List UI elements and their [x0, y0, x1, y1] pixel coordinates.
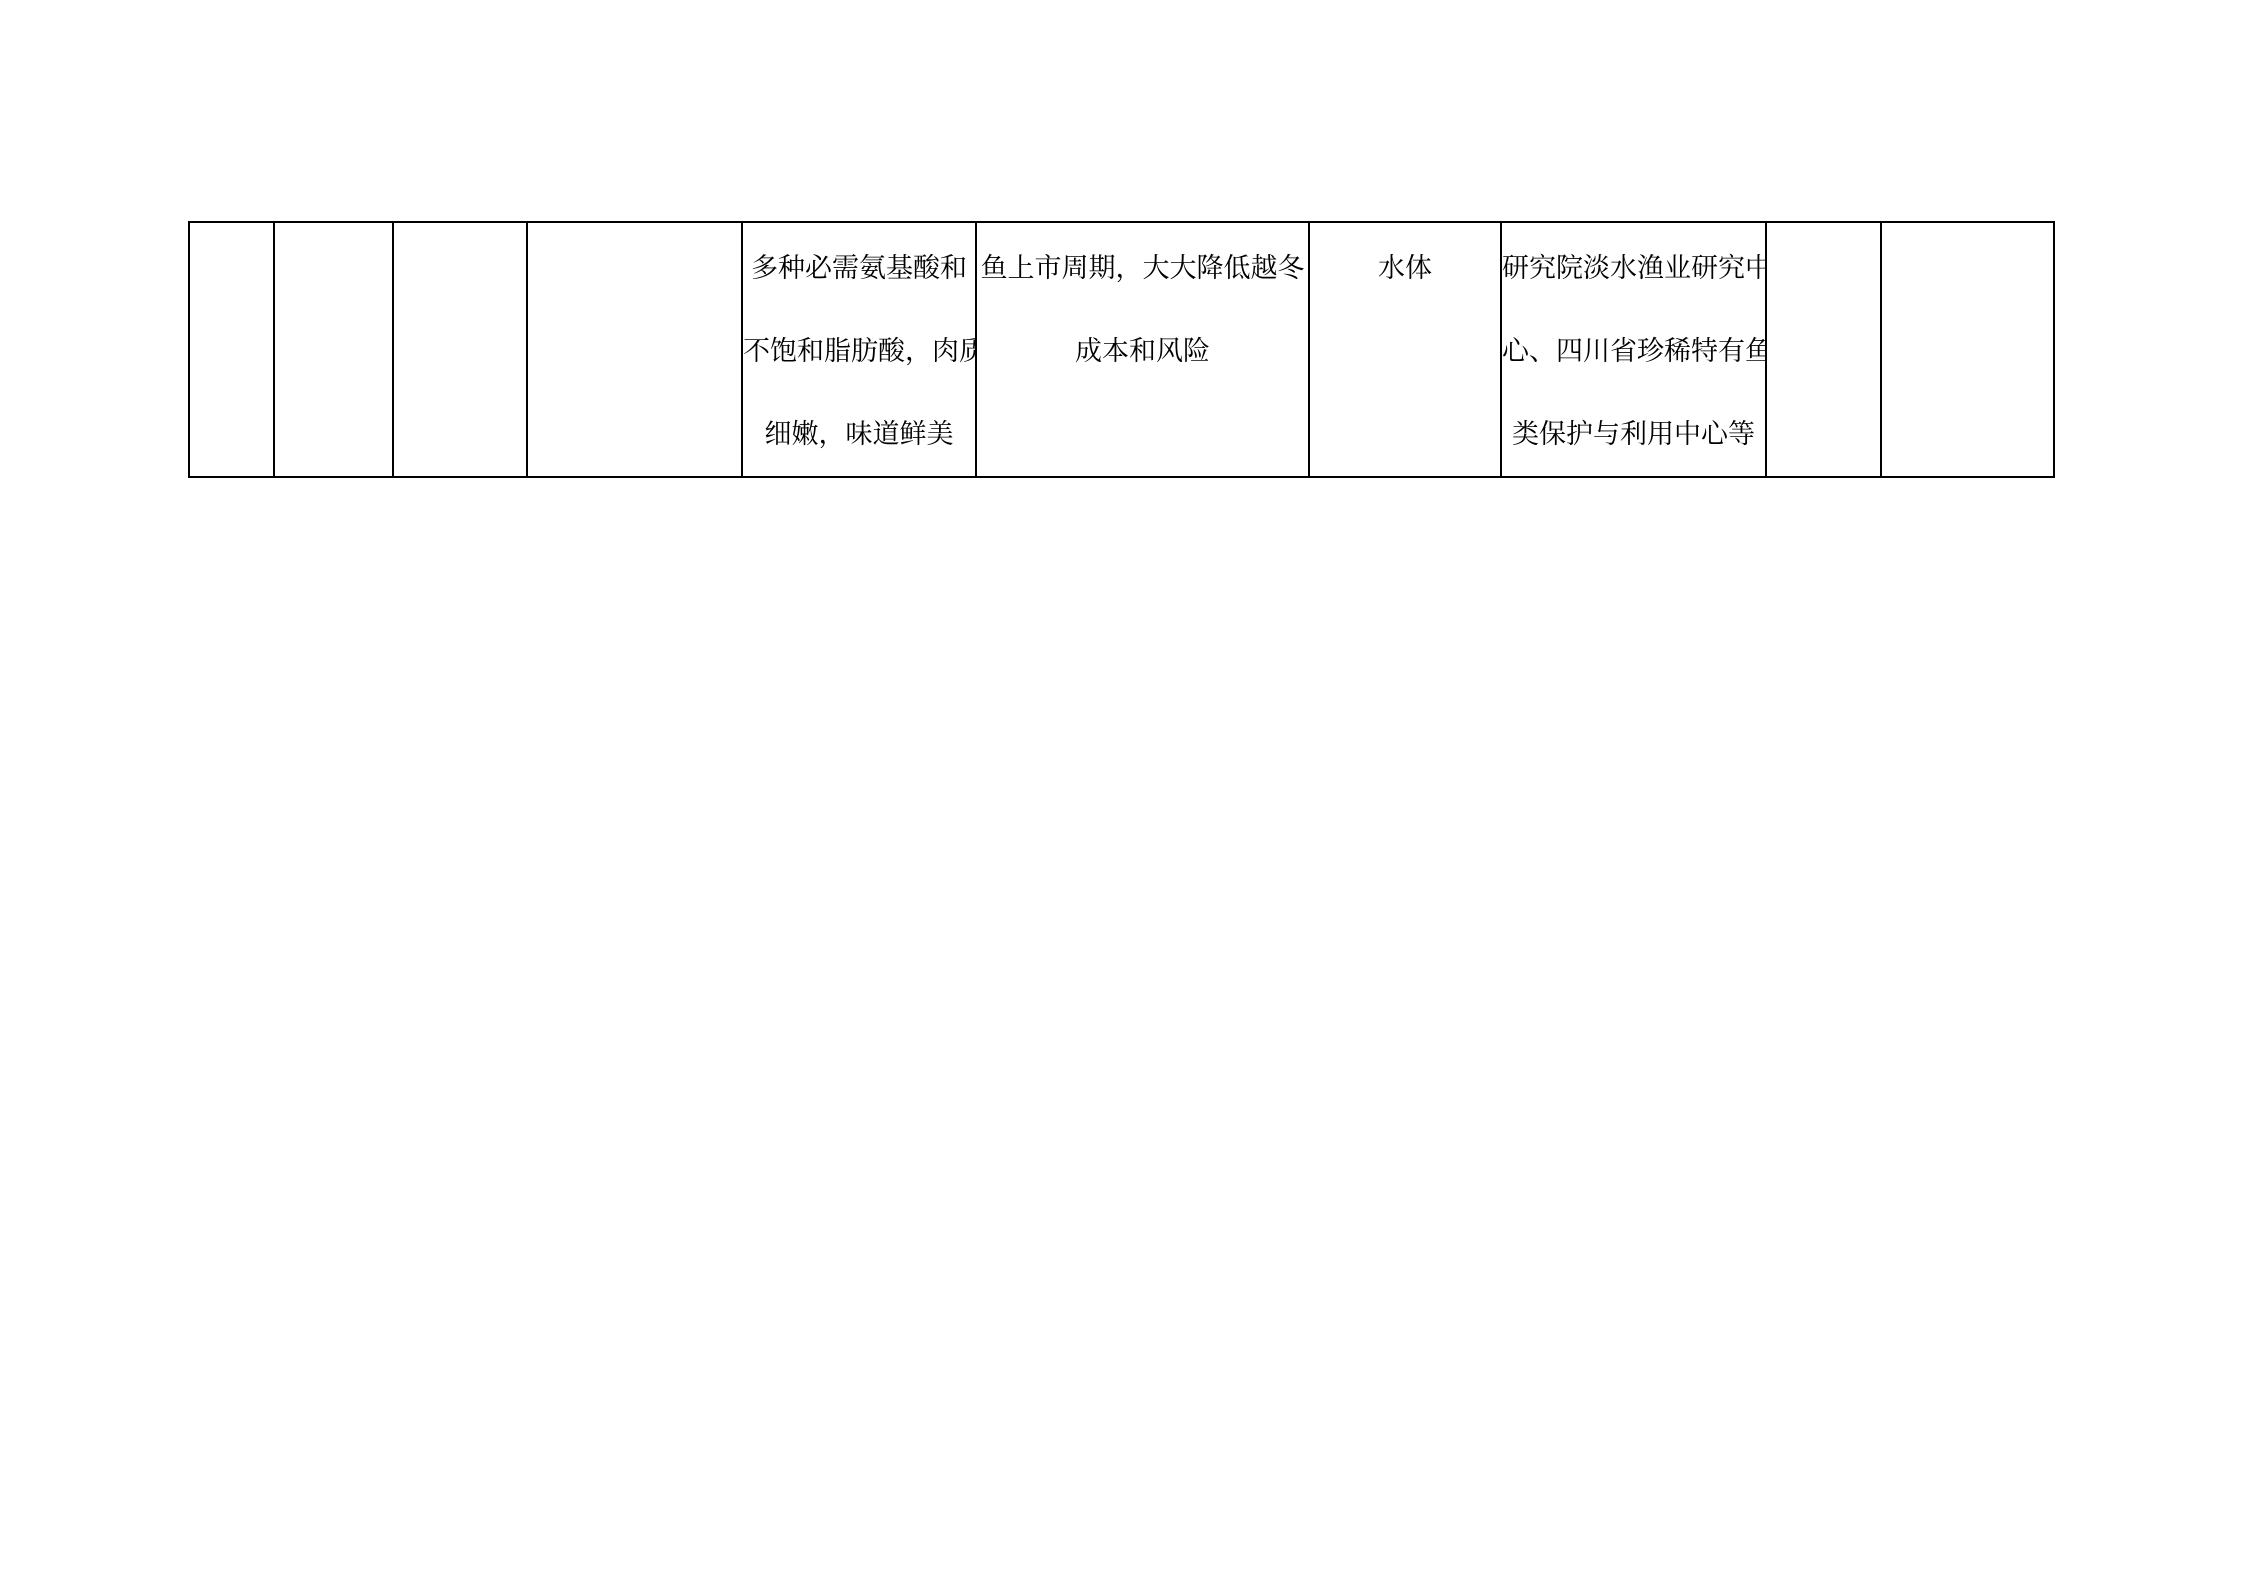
table-cell-benefit: 鱼上市周期，大大降低越冬 成本和风险: [976, 222, 1309, 477]
table-cell-empty-9: [1766, 222, 1881, 477]
table-cell-empty-3: [393, 222, 527, 477]
cell-line: 多种必需氨基酸和: [743, 227, 975, 310]
cell-line: 不饱和脂肪酸，肉质: [743, 310, 975, 393]
cell-line: 类保护与利用中心等: [1502, 393, 1765, 476]
cell-line: 成本和风险: [977, 310, 1308, 393]
table-cell-nutrition: 多种必需氨基酸和 不饱和脂肪酸，肉质 细嫩，味道鲜美: [742, 222, 976, 477]
continuation-table: 多种必需氨基酸和 不饱和脂肪酸，肉质 细嫩，味道鲜美 鱼上市周期，大大降低越冬 …: [188, 221, 2055, 478]
cell-line: 水体: [1310, 227, 1500, 310]
table-cell-institution: 研究院淡水渔业研究中 心、四川省珍稀特有鱼 类保护与利用中心等: [1501, 222, 1766, 477]
cell-line: 研究院淡水渔业研究中: [1502, 227, 1765, 310]
table-cell-environment: 水体: [1309, 222, 1501, 477]
table-cell-empty-4: [527, 222, 742, 477]
cell-line: 细嫩，味道鲜美: [743, 393, 975, 476]
table-row: 多种必需氨基酸和 不饱和脂肪酸，肉质 细嫩，味道鲜美 鱼上市周期，大大降低越冬 …: [189, 222, 2054, 477]
table-cell-empty-2: [274, 222, 393, 477]
table-cell-empty-10: [1881, 222, 2054, 477]
cell-line: 鱼上市周期，大大降低越冬: [977, 227, 1308, 310]
cell-line: 心、四川省珍稀特有鱼: [1502, 310, 1765, 393]
document-page: 多种必需氨基酸和 不饱和脂肪酸，肉质 细嫩，味道鲜美 鱼上市周期，大大降低越冬 …: [0, 0, 2245, 1587]
table-cell-empty-1: [189, 222, 274, 477]
